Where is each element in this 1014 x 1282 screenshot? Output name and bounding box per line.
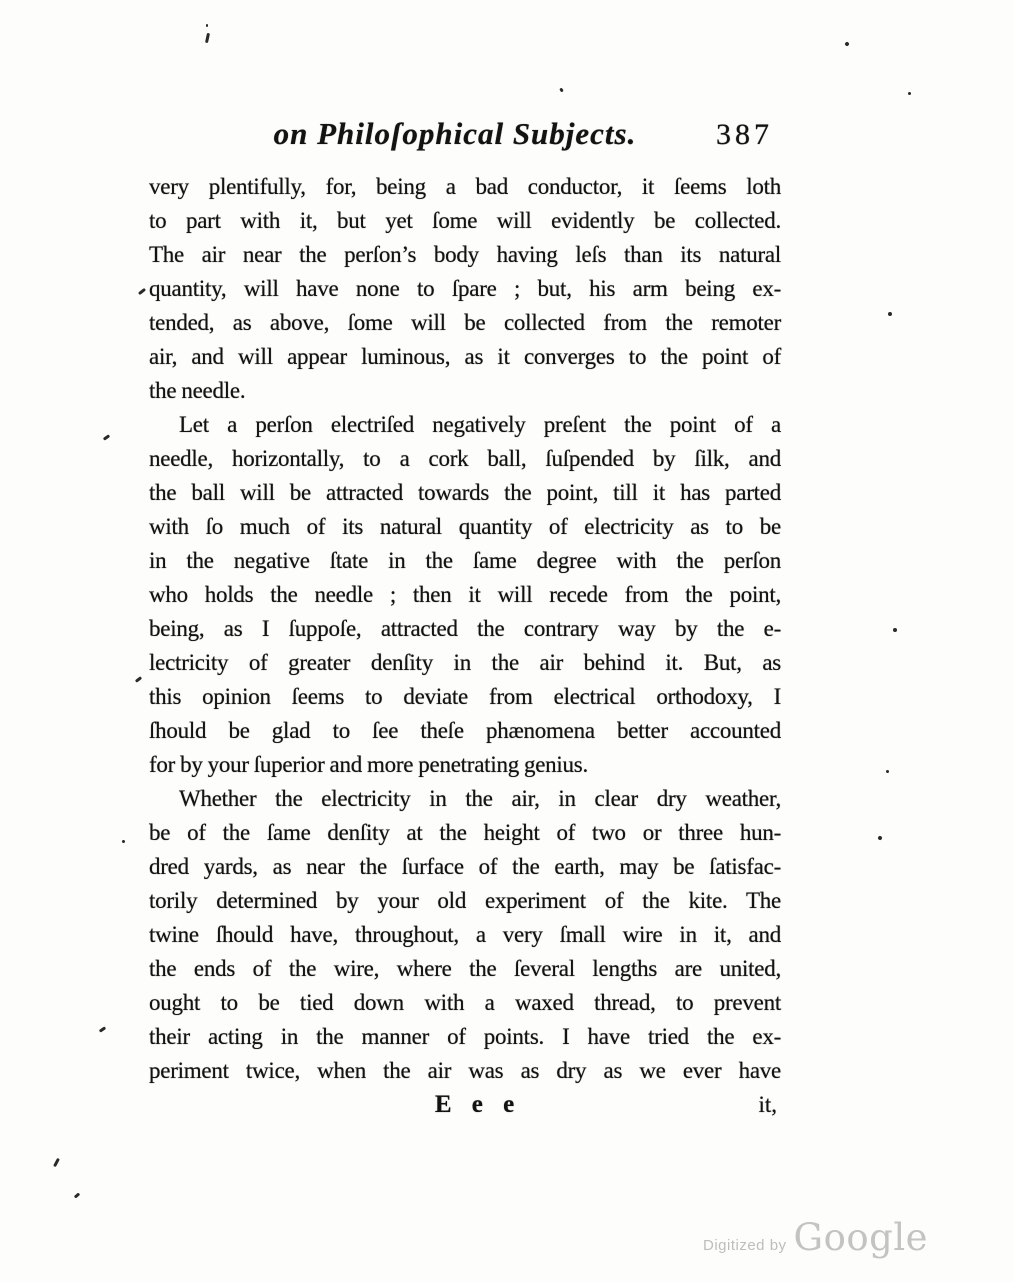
signature-row: E e e it, <box>149 1088 781 1122</box>
scan-speck <box>893 628 897 632</box>
text-line: the ends of the wire, where the ſeveral … <box>149 952 781 986</box>
catchword: it, <box>758 1088 777 1122</box>
text-line: quantity, will have none to ſpare ; but,… <box>149 272 781 306</box>
scan-speck <box>99 1026 106 1032</box>
text-line: periment twice, when the air was as dry … <box>149 1054 781 1088</box>
text-line: tended, as above, ſome will be collected… <box>149 306 781 340</box>
watermark-text: Digitized by <box>703 1237 787 1254</box>
scan-speck <box>53 1158 60 1167</box>
text-line: their acting in the manner of points. I … <box>149 1020 781 1054</box>
text-line: very plentifully, for, being a bad condu… <box>149 170 781 204</box>
page-title: on Philoſophical Subjects. <box>149 116 761 152</box>
scan-speck <box>888 312 892 316</box>
text-line: this opinion ſeems to deviate from elect… <box>149 680 781 714</box>
digitized-by-google-watermark: Digitized by Google <box>703 1216 928 1259</box>
scan-speck <box>877 835 882 840</box>
text-line: who holds the needle ; then it will rece… <box>149 578 781 612</box>
text-line: be of the ſame denſity at the height of … <box>149 816 781 850</box>
scan-speck <box>74 1192 81 1198</box>
scan-speck <box>206 24 208 27</box>
scan-speck <box>122 840 125 843</box>
text-line: air, and will appear luminous, as it con… <box>149 340 781 374</box>
text-line: ought to be tied down with a waxed threa… <box>149 986 781 1020</box>
text-line-paragraph-end: the needle. <box>149 374 781 408</box>
text-line-paragraph-end: for by your ſuperior and more penetratin… <box>149 748 781 782</box>
google-logo: Google <box>794 1216 929 1259</box>
text-line-paragraph-start: Let a perſon electriſed negatively preſe… <box>149 408 781 442</box>
text-line: the ball will be attracted towards the p… <box>149 476 781 510</box>
scan-speck <box>205 33 210 43</box>
text-line: needle, horizontally, to a cork ball, ſu… <box>149 442 781 476</box>
text-line: dred yards, as near the ſurface of the e… <box>149 850 781 884</box>
text-line: The air near the perſon’s body having le… <box>149 238 781 272</box>
text-line: twine ſhould have, throughout, a very ſm… <box>149 918 781 952</box>
scan-speck <box>559 88 564 93</box>
text-line: in the negative ſtate in the ſame degree… <box>149 544 781 578</box>
text-line: ſhould be glad to ſee theſe phænomena be… <box>149 714 781 748</box>
text-block: very plentifully, for, being a bad condu… <box>149 170 781 1088</box>
scan-speck <box>138 288 146 295</box>
text-line: lectricity of greater denſity in the air… <box>149 646 781 680</box>
scan-speck <box>103 434 110 440</box>
text-line: to part with it, but yet ſome will evide… <box>149 204 781 238</box>
text-line-paragraph-start: Whether the electricity in the air, in c… <box>149 782 781 816</box>
scan-speck <box>844 41 850 47</box>
signature-mark: E e e <box>435 1088 521 1122</box>
text-line: being, as I ſuppoſe, attracted the contr… <box>149 612 781 646</box>
page-number: 387 <box>716 118 773 152</box>
book-page-scan: on Philoſophical Subjects. 387 very plen… <box>0 0 1014 1282</box>
scan-speck <box>135 676 142 683</box>
scan-speck <box>886 770 889 773</box>
text-line: with ſo much of its natural quantity of … <box>149 510 781 544</box>
text-line: torily determined by your old experiment… <box>149 884 781 918</box>
scan-speck <box>908 92 911 95</box>
running-head: on Philoſophical Subjects. 387 <box>149 114 781 168</box>
